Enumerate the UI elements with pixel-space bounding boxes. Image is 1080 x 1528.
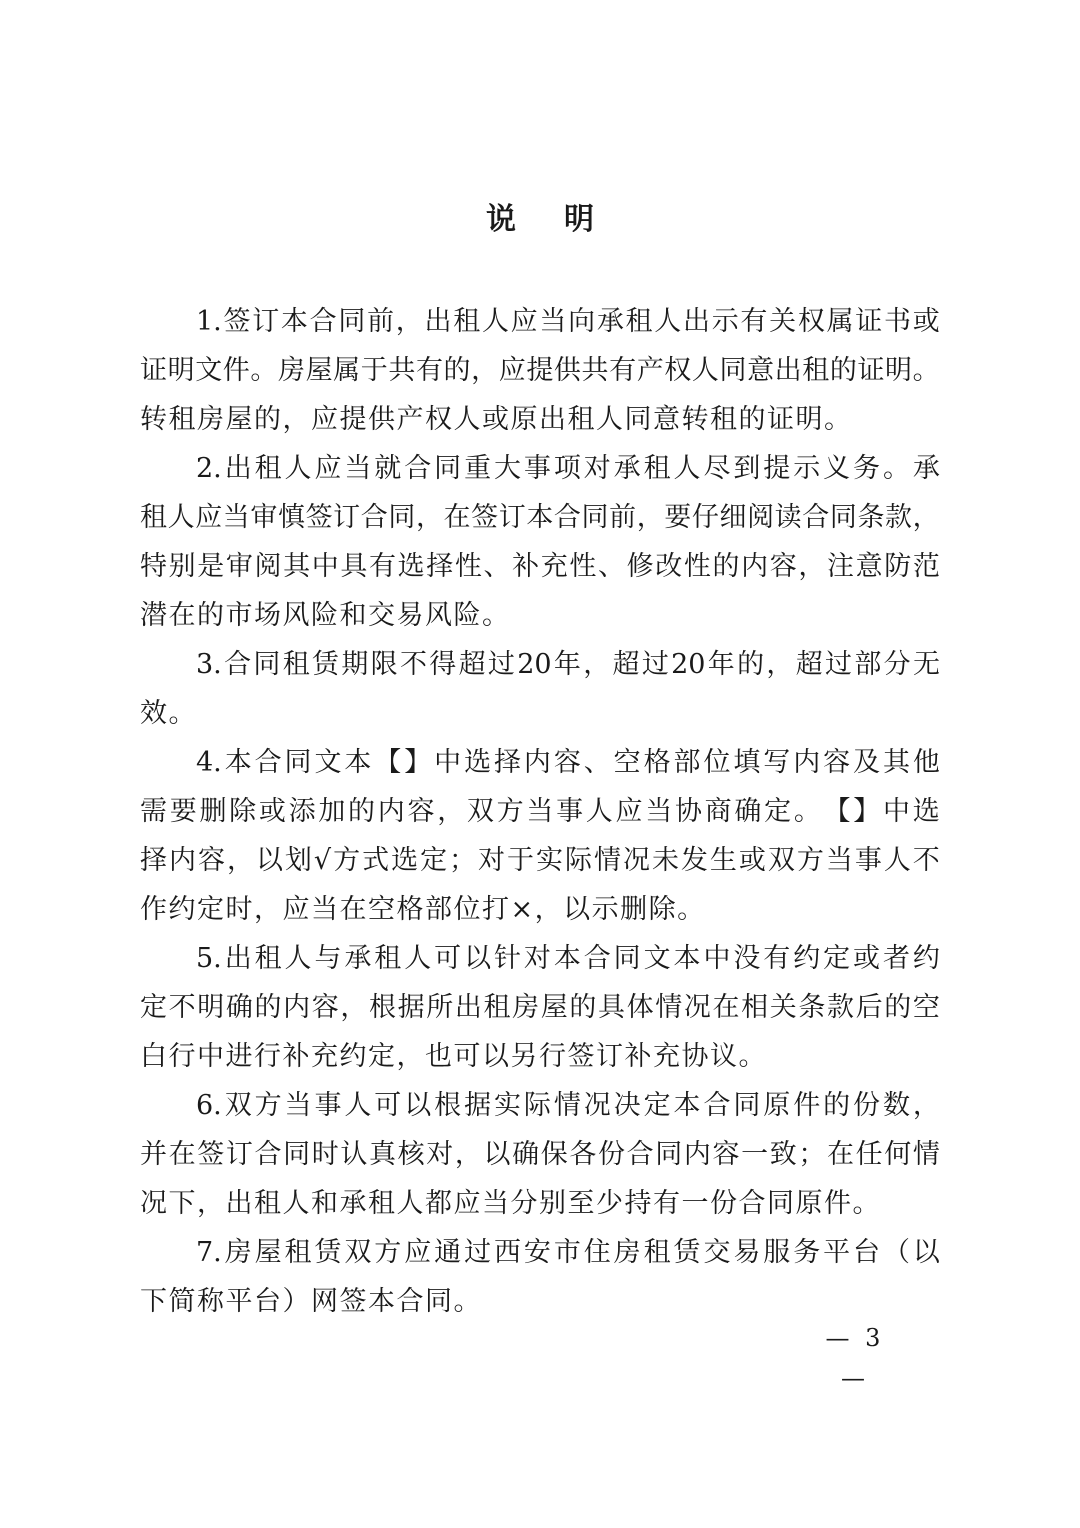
instruction-item-1: 1.签订本合同前，出租人应当向承租人出示有关权属证书或 证明文件。房屋属于共有的… — [140, 297, 940, 444]
text-line: 转租房屋的，应提供产权人或原出租人同意转租的证明。 — [140, 395, 940, 444]
text-line: 白行中进行补充约定，也可以另行签订补充协议。 — [140, 1032, 940, 1081]
text-line: 4.本合同文本【】中选择内容、空格部位填写内容及其他 — [140, 738, 940, 787]
text-line: 2.出租人应当就合同重大事项对承租人尽到提示义务。承 — [140, 444, 940, 493]
instruction-item-4: 4.本合同文本【】中选择内容、空格部位填写内容及其他 需要删除或添加的内容，双方… — [140, 738, 940, 934]
text-line: 3.合同租赁期限不得超过20年，超过20年的，超过部分无 — [140, 640, 940, 689]
text-line: 特别是审阅其中具有选择性、补充性、修改性的内容，注意防范 — [140, 542, 940, 591]
text-line: 6.双方当事人可以根据实际情况决定本合同原件的份数， — [140, 1081, 940, 1130]
text-line: 1.签订本合同前，出租人应当向承租人出示有关权属证书或 — [140, 297, 940, 346]
text-line: 需要删除或添加的内容，双方当事人应当协商确定。【】中选 — [140, 787, 940, 836]
text-line: 7.房屋租赁双方应通过西安市住房租赁交易服务平台（以 — [140, 1228, 940, 1277]
text-line: 定不明确的内容，根据所出租房屋的具体情况在相关条款后的空 — [140, 983, 940, 1032]
text-line: 择内容，以划√方式选定；对于实际情况未发生或双方当事人不 — [140, 836, 940, 885]
instruction-item-7: 7.房屋租赁双方应通过西安市住房租赁交易服务平台（以 下简称平台）网签本合同。 — [140, 1228, 940, 1326]
instruction-item-5: 5.出租人与承租人可以针对本合同文本中没有约定或者约 定不明确的内容，根据所出租… — [140, 934, 940, 1081]
text-line: 作约定时，应当在空格部位打×，以示删除。 — [140, 885, 940, 934]
text-line: 况下，出租人和承租人都应当分别至少持有一份合同原件。 — [140, 1179, 940, 1228]
instructions-body: 1.签订本合同前，出租人应当向承租人出示有关权属证书或 证明文件。房屋属于共有的… — [140, 297, 940, 1326]
text-line: 潜在的市场风险和交易风险。 — [140, 591, 940, 640]
instruction-item-2: 2.出租人应当就合同重大事项对承租人尽到提示义务。承 租人应当审慎签订合同，在签… — [140, 444, 940, 640]
instruction-item-3: 3.合同租赁期限不得超过20年，超过20年的，超过部分无 效。 — [140, 640, 940, 738]
page-title: 说明 — [0, 196, 1080, 244]
text-line: 效。 — [140, 689, 940, 738]
instruction-item-6: 6.双方当事人可以根据实际情况决定本合同原件的份数， 并在签订合同时认真核对，以… — [140, 1081, 940, 1228]
text-line: 并在签订合同时认真核对，以确保各份合同内容一致；在任何情 — [140, 1130, 940, 1179]
text-line: 证明文件。房屋属于共有的，应提供共有产权人同意出租的证明。 — [140, 346, 940, 395]
text-line: 5.出租人与承租人可以针对本合同文本中没有约定或者约 — [140, 934, 940, 983]
text-line: 租人应当审慎签订合同，在签订本合同前，要仔细阅读合同条款， — [140, 493, 940, 542]
page-number: — 3 — — [810, 1318, 900, 1398]
